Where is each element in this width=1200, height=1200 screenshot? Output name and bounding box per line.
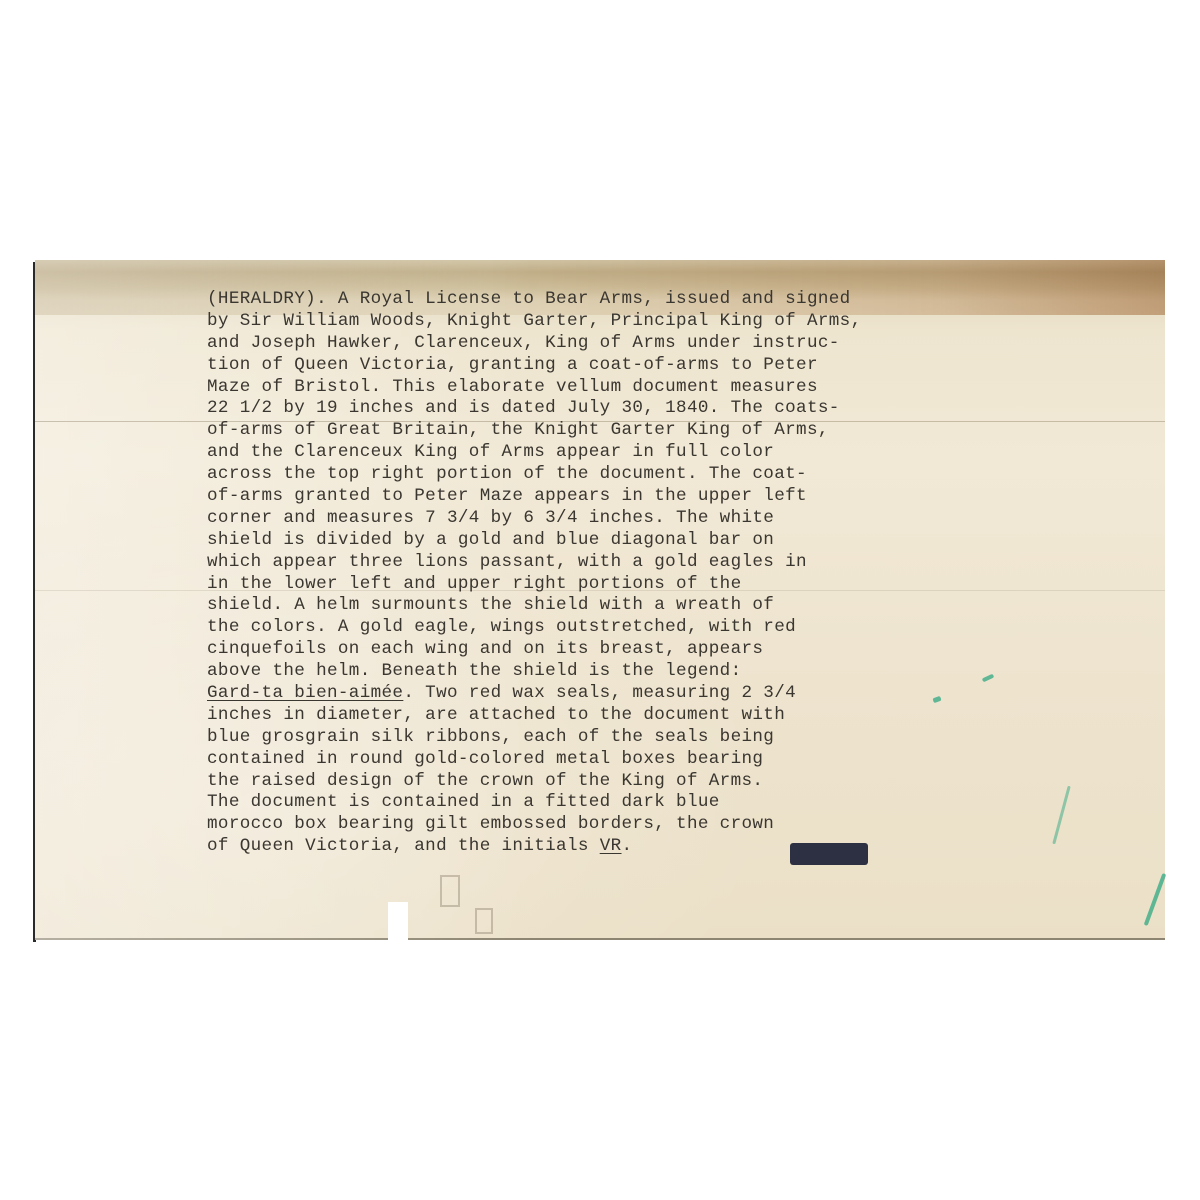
text-line: and Joseph Hawker, Clarenceux, King of A…	[207, 333, 1027, 355]
faint-stamp-mark	[440, 875, 460, 907]
text-line: Gard-ta bien-aimée. Two red wax seals, m…	[207, 683, 1027, 705]
text-line: The document is contained in a fitted da…	[207, 792, 1027, 814]
text-line: corner and measures 7 3/4 by 6 3/4 inche…	[207, 508, 1027, 530]
faint-stamp-mark	[475, 908, 493, 934]
final-line-prefix: of Queen Victoria, and the initials	[207, 836, 600, 856]
text-line: by Sir William Woods, Knight Garter, Pri…	[207, 311, 1027, 333]
text-line: and the Clarenceux King of Arms appear i…	[207, 442, 1027, 464]
text-line: across the top right portion of the docu…	[207, 464, 1027, 486]
legend-line-rest: . Two red wax seals, measuring 2 3/4	[403, 683, 796, 703]
text-line: inches in diameter, are attached to the …	[207, 705, 1027, 727]
paper-notch	[388, 902, 408, 942]
text-line: tion of Queen Victoria, granting a coat-…	[207, 355, 1027, 377]
text-line: Maze of Bristol. This elaborate vellum d…	[207, 377, 1027, 399]
text-line: of Queen Victoria, and the initials VR.	[207, 836, 1027, 858]
text-line: of-arms of Great Britain, the Knight Gar…	[207, 420, 1027, 442]
text-line: cinquefoils on each wing and on its brea…	[207, 639, 1027, 661]
royal-initials: VR	[600, 836, 622, 856]
text-line: of-arms granted to Peter Maze appears in…	[207, 486, 1027, 508]
text-line: blue grosgrain silk ribbons, each of the…	[207, 727, 1027, 749]
typed-description-text: (HERALDRY). A Royal License to Bear Arms…	[207, 289, 1027, 858]
text-line: (HERALDRY). A Royal License to Bear Arms…	[207, 289, 1027, 311]
legend-motto: Gard-ta bien-aimée	[207, 683, 403, 703]
text-line: morocco box bearing gilt embossed border…	[207, 814, 1027, 836]
text-line: in the lower left and upper right portio…	[207, 574, 1027, 596]
text-line: above the helm. Beneath the shield is th…	[207, 661, 1027, 683]
text-line: the colors. A gold eagle, wings outstret…	[207, 617, 1027, 639]
final-line-suffix: .	[622, 836, 633, 856]
text-line: the raised design of the crown of the Ki…	[207, 771, 1027, 793]
text-line: 22 1/2 by 19 inches and is dated July 30…	[207, 398, 1027, 420]
text-line: contained in round gold-colored metal bo…	[207, 749, 1027, 771]
text-line: shield. A helm surmounts the shield with…	[207, 595, 1027, 617]
ink-redaction-mark	[790, 843, 868, 865]
text-line: shield is divided by a gold and blue dia…	[207, 530, 1027, 552]
text-line: which appear three lions passant, with a…	[207, 552, 1027, 574]
